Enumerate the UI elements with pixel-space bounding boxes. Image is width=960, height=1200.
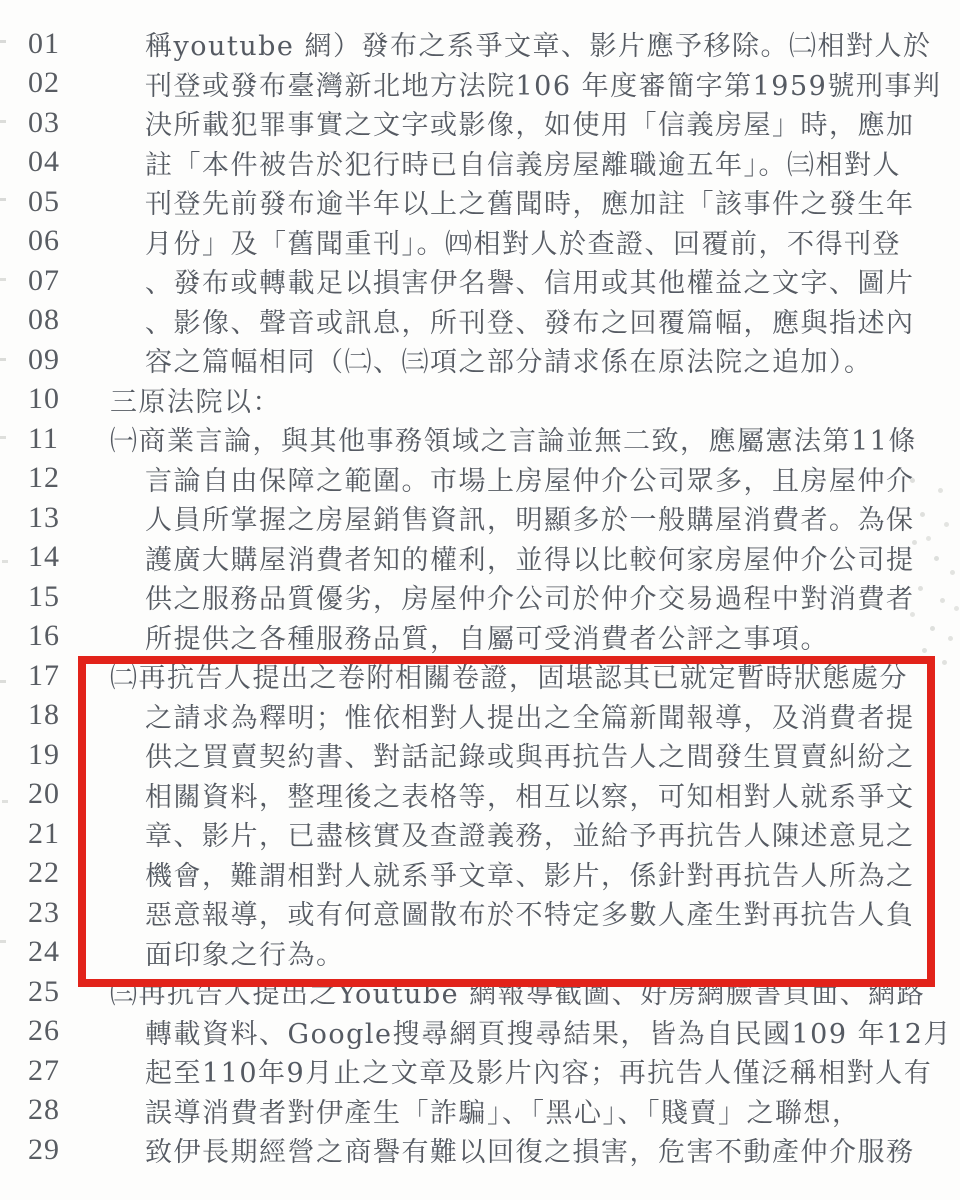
line-number: 16 — [28, 619, 60, 653]
line-text: 言論自由保障之範圍。市場上房屋仲介公司眾多，且房屋仲介 — [0, 459, 915, 498]
document-line: 17㈡再抗告人提出之卷附相關卷證，固堪認其已就定暫時狀態處分 — [0, 656, 960, 696]
line-number: 15 — [28, 580, 60, 614]
line-number: 05 — [28, 185, 60, 219]
document-line: 29致伊長期經營之商譽有難以回復之損害，危害不動產仲介服務 — [0, 1130, 960, 1170]
scan-artifact-edge-marks — [0, 40, 6, 43]
line-text: 供之買賣契約書、對話記錄或與再抗告人之間發生買賣糾紛之 — [0, 735, 915, 774]
document-line: 15供之服務品質優劣，房屋仲介公司於仲介交易過程中對消費者 — [0, 577, 960, 617]
line-number: 17 — [28, 659, 60, 693]
line-text: ㈡再抗告人提出之卷附相關卷證，固堪認其已就定暫時狀態處分 — [0, 656, 908, 695]
line-text: ㈢再抗告人提出之Youtube 網報導截圖、好房網臉書頁面、網路 — [0, 972, 925, 1011]
document-line: 24面印象之行為。 — [0, 933, 960, 973]
line-text: 起至110年9月止之文章及影片內容；再抗告人僅泛稱相對人有 — [0, 1051, 932, 1090]
document-line: 18之請求為釋明；惟依相對人提出之全篇新聞報導，及消費者提 — [0, 696, 960, 736]
document-line: 21章、影片，已盡核實及查證義務，並給予再抗告人陳述意見之 — [0, 814, 960, 854]
document-line: 11㈠商業言論，與其他事務領域之言論並無二致，應屬憲法第11條 — [0, 419, 960, 459]
line-number: 28 — [28, 1093, 60, 1127]
document-line: 07、發布或轉載足以損害伊名譽、信用或其他權益之文字、圖片 — [0, 261, 960, 301]
line-number: 14 — [28, 540, 60, 574]
line-number: 04 — [28, 145, 60, 179]
document-line: 10三原法院以： — [0, 380, 960, 420]
line-number: 18 — [28, 698, 60, 732]
document-line: 01稱youtube 網）發布之系爭文章、影片應予移除。㈡相對人於 — [0, 24, 960, 64]
line-text: 章、影片，已盡核實及查證義務，並給予再抗告人陳述意見之 — [0, 814, 915, 853]
line-number: 12 — [28, 461, 60, 495]
line-number: 01 — [28, 27, 60, 61]
line-text: 誤導消費者對伊產生「詐騙」、「黑心」、「賤賣」之聯想， — [0, 1091, 861, 1130]
document-line: 25㈢再抗告人提出之Youtube 網報導截圖、好房網臉書頁面、網路 — [0, 972, 960, 1012]
line-number: 24 — [28, 935, 60, 969]
document-line: 03決所載犯罪事實之文字或影像，如使用「信義房屋」時，應加 — [0, 103, 960, 143]
document-line: 20相關資料，整理後之表格等，相互以察，可知相對人就系爭文 — [0, 775, 960, 815]
line-text: 決所載犯罪事實之文字或影像，如使用「信義房屋」時，應加 — [0, 103, 915, 142]
line-number: 20 — [28, 777, 60, 811]
document-line: 27起至110年9月止之文章及影片內容；再抗告人僅泛稱相對人有 — [0, 1051, 960, 1091]
document-page: 01稱youtube 網）發布之系爭文章、影片應予移除。㈡相對人於02刊登或發布… — [0, 0, 960, 1200]
document-line: 02刊登或發布臺灣新北地方法院106 年度審簡字第1959號刑事判 — [0, 64, 960, 104]
document-lines: 01稱youtube 網）發布之系爭文章、影片應予移除。㈡相對人於02刊登或發布… — [0, 24, 960, 1170]
line-number: 02 — [28, 66, 60, 100]
line-text: 、影像、聲音或訊息，所刊登、發布之回覆篇幅，應與指述內 — [0, 301, 915, 340]
line-text: 相關資料，整理後之表格等，相互以察，可知相對人就系爭文 — [0, 775, 915, 814]
line-text: 月份」及「舊聞重刊」。㈣相對人於查證、回覆前，不得刊登 — [0, 222, 901, 261]
line-text: 之請求為釋明；惟依相對人提出之全篇新聞報導，及消費者提 — [0, 696, 915, 735]
line-number: 26 — [28, 1014, 60, 1048]
document-line: 12言論自由保障之範圍。市場上房屋仲介公司眾多，且房屋仲介 — [0, 459, 960, 499]
document-line: 22機會，難謂相對人就系爭文章、影片，係針對再抗告人所為之 — [0, 854, 960, 894]
document-line: 08、影像、聲音或訊息，所刊登、發布之回覆篇幅，應與指述內 — [0, 301, 960, 341]
document-line: 28誤導消費者對伊產生「詐騙」、「黑心」、「賤賣」之聯想， — [0, 1091, 960, 1131]
line-number: 21 — [28, 817, 60, 851]
line-text: 刊登先前發布逾半年以上之舊聞時，應加註「該事件之發生年 — [0, 182, 915, 221]
line-text: 註「本件被告於犯行時已自信義房屋離職逾五年」。㈢相對人 — [0, 143, 901, 182]
line-number: 29 — [28, 1133, 60, 1167]
line-number: 10 — [28, 382, 60, 416]
line-text: 稱youtube 網）發布之系爭文章、影片應予移除。㈡相對人於 — [0, 24, 931, 63]
document-line: 19供之買賣契約書、對話記錄或與再抗告人之間發生買賣糾紛之 — [0, 735, 960, 775]
document-line: 23惡意報導，或有何意圖散布於不特定多數人產生對再抗告人負 — [0, 893, 960, 933]
line-number: 27 — [28, 1054, 60, 1088]
line-number: 06 — [28, 224, 60, 258]
line-number: 07 — [28, 264, 60, 298]
line-number: 22 — [28, 856, 60, 890]
line-number: 23 — [28, 896, 60, 930]
document-line: 13人員所掌握之房屋銷售資訊，明顯多於一般購屋消費者。為保 — [0, 498, 960, 538]
line-text: 供之服務品質優劣，房屋仲介公司於仲介交易過程中對消費者 — [0, 577, 915, 616]
line-number: 25 — [28, 975, 60, 1009]
line-text: 惡意報導，或有何意圖散布於不特定多數人產生對再抗告人負 — [0, 893, 915, 932]
line-text: 致伊長期經營之商譽有難以回復之損害，危害不動產仲介服務 — [0, 1130, 915, 1169]
line-number: 03 — [28, 106, 60, 140]
line-text: 轉載資料、Google搜尋網頁搜尋結果，皆為自民國109 年12月 — [0, 1012, 952, 1051]
line-text: 容之篇幅相同（㈡、㈢項之部分請求係在原法院之追加）。 — [0, 340, 873, 379]
document-line: 09容之篇幅相同（㈡、㈢項之部分請求係在原法院之追加）。 — [0, 340, 960, 380]
line-number: 08 — [28, 303, 60, 337]
line-number: 19 — [28, 738, 60, 772]
line-text: 人員所掌握之房屋銷售資訊，明顯多於一般購屋消費者。為保 — [0, 498, 915, 537]
line-text: 所提供之各種服務品質，自屬可受消費者公評之事項。 — [0, 617, 829, 656]
document-line: 04註「本件被告於犯行時已自信義房屋離職逾五年」。㈢相對人 — [0, 143, 960, 183]
document-line: 05刊登先前發布逾半年以上之舊聞時，應加註「該事件之發生年 — [0, 182, 960, 222]
line-number: 13 — [28, 501, 60, 535]
line-text: 護廣大購屋消費者知的權利，並得以比較何家房屋仲介公司提 — [0, 538, 915, 577]
document-line: 26轉載資料、Google搜尋網頁搜尋結果，皆為自民國109 年12月 — [0, 1012, 960, 1052]
line-number: 11 — [28, 422, 59, 456]
line-text: 刊登或發布臺灣新北地方法院106 年度審簡字第1959號刑事判 — [0, 64, 941, 103]
line-text: ㈠商業言論，與其他事務領域之言論並無二致，應屬憲法第11條 — [0, 419, 917, 458]
document-line: 16所提供之各種服務品質，自屬可受消費者公評之事項。 — [0, 617, 960, 657]
document-line: 06月份」及「舊聞重刊」。㈣相對人於查證、回覆前，不得刊登 — [0, 222, 960, 262]
line-text: 機會，難謂相對人就系爭文章、影片，係針對再抗告人所為之 — [0, 854, 915, 893]
line-text: 、發布或轉載足以損害伊名譽、信用或其他權益之文字、圖片 — [0, 261, 915, 300]
line-number: 09 — [28, 343, 60, 377]
scan-artifact-dots — [910, 478, 915, 483]
document-line: 14護廣大購屋消費者知的權利，並得以比較何家房屋仲介公司提 — [0, 538, 960, 578]
